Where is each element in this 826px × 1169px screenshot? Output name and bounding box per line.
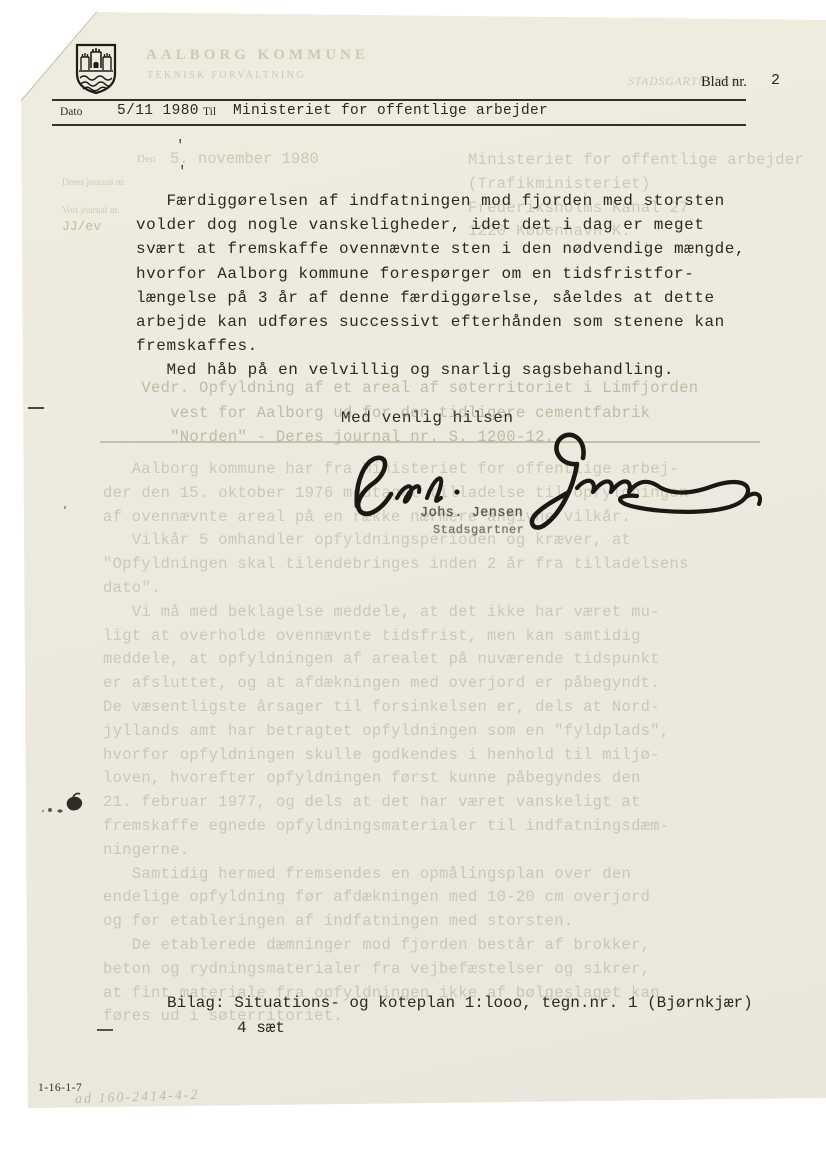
til-label: Til bbox=[203, 106, 216, 118]
signature-handwriting bbox=[315, 428, 775, 548]
bleed-initials: JJ/ev bbox=[62, 219, 101, 234]
bleed-date-value: 5. november 1980 bbox=[170, 150, 319, 168]
letter-body-line: svært at fremskaffe ovennævnte sten i de… bbox=[136, 237, 745, 261]
attachment-dash bbox=[97, 1029, 113, 1031]
bleed-body-line: "Opfyldningen skal tilendebringes inden … bbox=[103, 553, 689, 577]
bleed-journal-label-1: Deres journal nr. bbox=[62, 178, 126, 188]
letter-body-line: volder dog nogle vanskeligheder, idet de… bbox=[136, 213, 745, 237]
bleed-body-line: jyllands amt har betragtet opfyldningen … bbox=[103, 720, 689, 744]
date-value: 5/11 1980 bbox=[117, 103, 199, 119]
attachment-qty: 4 sæt bbox=[237, 1019, 285, 1037]
bleed-journal-label-2: Vort journal nr. bbox=[62, 206, 120, 216]
recipient-line: Ministeriet for offentlige arbejder bbox=[233, 103, 548, 119]
letter-body-line: arbejde kan udføres successivt efterhånd… bbox=[136, 310, 745, 334]
bleed-subject-line: Vedr. Opfyldning af et areal af søterrit… bbox=[103, 376, 698, 401]
letter-body: Færdiggørelsen af indfatningen mod fjord… bbox=[136, 189, 745, 383]
bleed-body-line: Samtidig hermed fremsendes en opmålingsp… bbox=[103, 863, 689, 887]
letter-body-line: hvorfor Aalborg kommune forespørger om e… bbox=[136, 262, 745, 286]
letter-body-line: Færdiggørelsen af indfatningen mod fjord… bbox=[136, 189, 745, 213]
header-rule-bottom bbox=[52, 124, 746, 126]
paper-sheet: AALBORG KOMMUNE TEKNISK FORVALTNING STAD… bbox=[0, 0, 826, 1169]
header-rule-top bbox=[52, 99, 746, 101]
stray-apostrophe-1: ' bbox=[176, 138, 184, 154]
bleed-date-label: Den bbox=[137, 153, 155, 165]
letter-body-line: fremskaffes. bbox=[136, 334, 745, 358]
stray-apostrophe-2: ' bbox=[178, 164, 186, 180]
bleed-body-line: loven, hvorefter opfyldningen først kunn… bbox=[103, 767, 689, 791]
bleed-letterhead-kommune: AALBORG KOMMUNE bbox=[146, 47, 369, 64]
blad-nr-label: Blad nr. bbox=[701, 74, 747, 91]
bleed-body-line: ligt at overholde ovennævnte tidsfrist, … bbox=[103, 625, 689, 649]
bleed-body-line: hvorfor opfyldningen skulle godkendes i … bbox=[103, 744, 689, 768]
blad-nr-value: 2 bbox=[771, 72, 780, 89]
bleed-body-line: De væsentligste årsager til forsinkelsen… bbox=[103, 696, 689, 720]
typed-signer-name: Johs. Jensen bbox=[420, 506, 523, 521]
bleed-body-line: 21. februar 1977, og dels at det har vær… bbox=[103, 791, 689, 815]
bleed-body-line: er afsluttet, og at afdækningen med over… bbox=[103, 672, 689, 696]
aalborg-crest-icon bbox=[74, 42, 118, 101]
letter-body-line: længelse på 3 år af denne færdiggørelse,… bbox=[136, 286, 745, 310]
pencil-note: ad 160-2414-4-2 bbox=[75, 1088, 200, 1108]
bleed-body-line: Vi må med beklagelse meddele, at det ikk… bbox=[103, 601, 689, 625]
bleed-body-line: og før etableringen af indfatningen med … bbox=[103, 910, 689, 934]
ink-blot bbox=[40, 790, 88, 823]
bleed-body-line: meddele, at opfyldningen af arealet på n… bbox=[103, 648, 689, 672]
margin-dash bbox=[28, 407, 44, 409]
bleed-body-line: De etablerede dæmninger mod fjorden best… bbox=[103, 934, 689, 958]
bleed-body-line: beton og rydningsmaterialer fra vejbefæs… bbox=[103, 958, 689, 982]
bleed-recipient-line: Ministeriet for offentlige arbejder bbox=[468, 149, 804, 173]
bleed-body-line: dato". bbox=[103, 577, 689, 601]
bleed-body-line: endelige opfyldning før afdækningen med … bbox=[103, 886, 689, 910]
dato-label: Dato bbox=[60, 106, 82, 118]
attachment-line: Bilag: Situations- og koteplan 1:looo, t… bbox=[167, 994, 753, 1012]
bleed-subject-line: vest for Aalborg ud for den tidligere ce… bbox=[103, 401, 698, 426]
bleed-body-line: ningerne. bbox=[103, 839, 689, 863]
red-speck bbox=[64, 506, 66, 509]
bleed-letterhead-forvaltning: TEKNISK FORVALTNING bbox=[147, 70, 306, 81]
scanned-letter-page: AALBORG KOMMUNE TEKNISK FORVALTNING STAD… bbox=[0, 0, 826, 1169]
bleed-body-line: fremskaffe egnede opfyldningsmaterialer … bbox=[103, 815, 689, 839]
typed-signer-title: Stadsgartner bbox=[433, 523, 524, 537]
